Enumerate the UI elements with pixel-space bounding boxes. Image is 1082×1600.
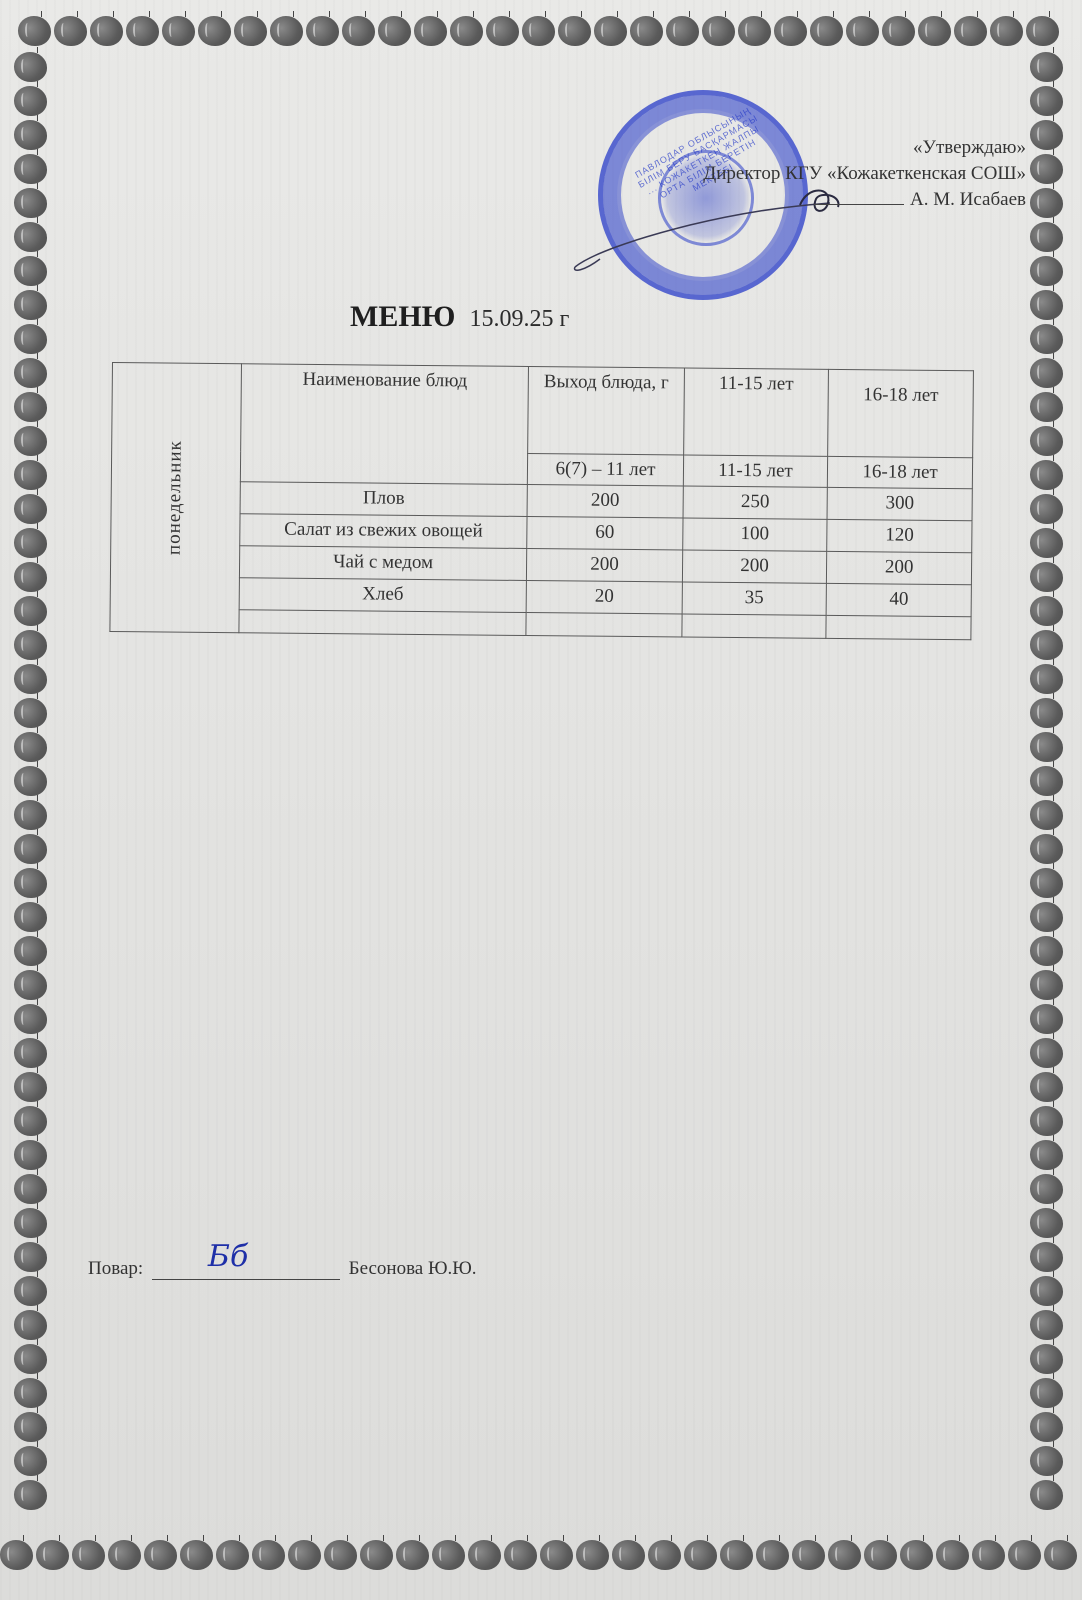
approval-position: Директор КГУ «Кожакеткенская СОШ» — [703, 161, 1026, 187]
apple-icon — [306, 16, 339, 46]
apple-icon — [1008, 1540, 1041, 1570]
apple-icon — [14, 800, 47, 830]
apple-icon — [1030, 834, 1063, 864]
apple-icon — [14, 1208, 47, 1238]
apple-icon — [1030, 1378, 1063, 1408]
title-main: МЕНЮ — [350, 300, 455, 333]
apple-icon — [14, 154, 47, 184]
dish-name: Хлеб — [239, 578, 527, 613]
apple-icon — [18, 16, 51, 46]
portion-16-18: 120 — [827, 519, 972, 552]
apple-icon — [396, 1540, 429, 1570]
apple-icon — [108, 1540, 141, 1570]
approval-heading: «Утверждаю» — [703, 135, 1026, 161]
paper-texture — [0, 0, 1082, 1600]
apple-icon — [270, 16, 303, 46]
title-date: 15.09.25 г — [469, 306, 569, 332]
portion-6-11: 20 — [526, 580, 682, 613]
apple-icon — [1044, 1540, 1077, 1570]
apple-icon — [180, 1540, 213, 1570]
apple-icon — [1030, 392, 1063, 422]
apple-icon — [1030, 562, 1063, 592]
apple-icon — [1030, 902, 1063, 932]
portion-16-18: 200 — [827, 551, 972, 584]
cook-name: Бесонова Ю.Ю. — [349, 1258, 477, 1279]
apple-icon — [14, 392, 47, 422]
day-cell: понедельник — [110, 363, 241, 633]
apple-icon — [14, 256, 47, 286]
apple-icon — [432, 1540, 465, 1570]
apple-icon — [378, 16, 411, 46]
apple-icon — [342, 16, 375, 46]
apple-icon — [14, 188, 47, 218]
apple-icon — [14, 222, 47, 252]
apple-icon — [324, 1540, 357, 1570]
header-age-11-15: 11-15 лет — [683, 368, 829, 456]
apple-icon — [126, 16, 159, 46]
apple-icon — [14, 86, 47, 116]
apple-icon — [14, 1344, 47, 1374]
apple-icon — [1026, 16, 1059, 46]
apple-icon — [14, 766, 47, 796]
apple-icon — [810, 16, 843, 46]
empty-cell — [526, 612, 682, 636]
apple-icon — [14, 630, 47, 660]
apple-icon — [14, 494, 47, 524]
apple-icon — [1030, 800, 1063, 830]
empty-cell — [826, 615, 971, 639]
apple-icon — [1030, 1242, 1063, 1272]
apple-icon — [1030, 1344, 1063, 1374]
apple-icon — [576, 1540, 609, 1570]
apple-icon — [1030, 1480, 1063, 1510]
portion-16-18: 40 — [826, 583, 971, 616]
apple-icon — [14, 902, 47, 932]
empty-cell — [682, 614, 827, 638]
apple-icon — [594, 16, 627, 46]
apple-icon — [1030, 528, 1063, 558]
cook-signature-block: Повар: Бб Бесонова Ю.Ю. — [88, 1258, 477, 1280]
apple-icon — [1030, 290, 1063, 320]
apple-icon — [14, 426, 47, 456]
apple-icon — [522, 16, 555, 46]
apple-icon — [14, 562, 47, 592]
portion-6-11: 200 — [527, 484, 683, 517]
apple-icon — [14, 1412, 47, 1442]
apple-icon — [14, 528, 47, 558]
portion-11-15: 250 — [683, 486, 828, 519]
apple-icon — [1030, 154, 1063, 184]
apple-icon — [1030, 936, 1063, 966]
apple-icon — [198, 16, 231, 46]
apple-icon — [72, 1540, 105, 1570]
apple-icon — [1030, 494, 1063, 524]
apple-icon — [216, 1540, 249, 1570]
apple-icon — [648, 1540, 681, 1570]
apple-icon — [1030, 460, 1063, 490]
apple-icon — [1030, 766, 1063, 796]
apple-icon — [846, 16, 879, 46]
signature-line — [814, 204, 904, 205]
apple-icon — [14, 1446, 47, 1476]
apple-icon — [1030, 1310, 1063, 1340]
apple-icon — [252, 1540, 285, 1570]
apple-icon — [1030, 1140, 1063, 1170]
cook-signature-line: Бб — [152, 1261, 340, 1280]
apple-border-top — [18, 16, 1059, 46]
apple-icon — [14, 936, 47, 966]
apple-icon — [1030, 222, 1063, 252]
apple-icon — [234, 16, 267, 46]
apple-icon — [702, 16, 735, 46]
apple-icon — [1030, 1004, 1063, 1034]
apple-icon — [954, 16, 987, 46]
apple-icon — [14, 1378, 47, 1408]
apple-icon — [1030, 1412, 1063, 1442]
apple-icon — [792, 1540, 825, 1570]
apple-icon — [360, 1540, 393, 1570]
apple-icon — [288, 1540, 321, 1570]
apple-icon — [14, 1276, 47, 1306]
apple-icon — [1030, 86, 1063, 116]
apple-icon — [14, 970, 47, 1000]
apple-icon — [1030, 664, 1063, 694]
apple-icon — [14, 868, 47, 898]
apple-icon — [1030, 1106, 1063, 1136]
apple-icon — [0, 1540, 33, 1570]
apple-icon — [1030, 120, 1063, 150]
apple-icon — [414, 16, 447, 46]
header-age-16-18: 16-18 лет — [828, 369, 974, 457]
apple-icon — [468, 1540, 501, 1570]
apple-icon — [738, 16, 771, 46]
page-title: МЕНЮ 15.09.25 г — [350, 300, 569, 334]
apple-icon — [1030, 188, 1063, 218]
apple-icon — [14, 1072, 47, 1102]
apple-icon — [756, 1540, 789, 1570]
apple-icon — [774, 16, 807, 46]
apple-icon — [1030, 868, 1063, 898]
apple-icon — [1030, 1208, 1063, 1238]
apple-border-left — [14, 52, 47, 1510]
apple-icon — [1030, 596, 1063, 626]
apple-icon — [1030, 1446, 1063, 1476]
apple-icon — [14, 1242, 47, 1272]
apple-icon — [14, 1004, 47, 1034]
apple-icon — [684, 1540, 717, 1570]
apple-icon — [1030, 698, 1063, 728]
apple-border-right — [1030, 52, 1063, 1510]
approval-signatory: А. М. Исабаев — [910, 189, 1026, 210]
day-label: понедельник — [164, 440, 187, 555]
apple-icon — [1030, 358, 1063, 388]
apple-icon — [14, 1480, 47, 1510]
apple-icon — [1030, 1174, 1063, 1204]
apple-icon — [1030, 324, 1063, 354]
header-dish-name: Наименование блюд — [240, 364, 529, 485]
portion-16-18: 300 — [827, 487, 972, 520]
dish-name: Салат из свежих овощей — [240, 514, 528, 549]
apple-icon — [936, 1540, 969, 1570]
apple-icon — [1030, 52, 1063, 82]
apple-icon — [36, 1540, 69, 1570]
apple-icon — [864, 1540, 897, 1570]
apple-icon — [1030, 1276, 1063, 1306]
apple-icon — [1030, 630, 1063, 660]
portion-11-15: 200 — [682, 550, 827, 583]
apple-icon — [612, 1540, 645, 1570]
cook-label: Повар: — [88, 1258, 143, 1279]
apple-icon — [14, 834, 47, 864]
apple-icon — [1030, 256, 1063, 286]
apple-icon — [14, 1174, 47, 1204]
portion-6-11: 200 — [527, 548, 683, 581]
portion-11-15: 35 — [682, 582, 827, 615]
apple-icon — [90, 16, 123, 46]
apple-icon — [14, 732, 47, 762]
apple-icon — [14, 664, 47, 694]
subheader-age-16-18: 16-18 лет — [828, 456, 973, 488]
empty-cell — [239, 610, 527, 636]
apple-icon — [14, 460, 47, 490]
apple-icon — [900, 1540, 933, 1570]
apple-icon — [54, 16, 87, 46]
apple-icon — [1030, 970, 1063, 1000]
apple-icon — [1030, 1072, 1063, 1102]
apple-icon — [450, 16, 483, 46]
apple-icon — [558, 16, 591, 46]
header-row: понедельник Наименование блюд Выход блюд… — [112, 363, 974, 458]
menu-table: понедельник Наименование блюд Выход блюд… — [109, 362, 974, 640]
apple-icon — [504, 1540, 537, 1570]
apple-icon — [720, 1540, 753, 1570]
apple-icon — [14, 1140, 47, 1170]
apple-icon — [630, 16, 663, 46]
cook-signature: Бб — [208, 1239, 248, 1274]
apple-border-bottom — [0, 1540, 1077, 1570]
portion-6-11: 60 — [527, 516, 683, 549]
dish-name: Чай с медом — [239, 546, 527, 581]
apple-icon — [14, 596, 47, 626]
apple-icon — [1030, 426, 1063, 456]
apple-icon — [990, 16, 1023, 46]
apple-icon — [14, 698, 47, 728]
apple-icon — [14, 358, 47, 388]
apple-icon — [14, 290, 47, 320]
apple-icon — [162, 16, 195, 46]
apple-icon — [14, 1038, 47, 1068]
apple-icon — [918, 16, 951, 46]
apple-icon — [14, 1106, 47, 1136]
apple-icon — [666, 16, 699, 46]
header-yield: Выход блюда, г — [528, 367, 684, 455]
apple-icon — [144, 1540, 177, 1570]
subheader-age-11-15: 11-15 лет — [683, 455, 828, 487]
apple-icon — [14, 120, 47, 150]
apple-icon — [882, 16, 915, 46]
apple-icon — [540, 1540, 573, 1570]
apple-icon — [486, 16, 519, 46]
apple-icon — [14, 324, 47, 354]
approval-block: «Утверждаю» Директор КГУ «Кожакеткенская… — [703, 135, 1026, 213]
subheader-age-6-11: 6(7) – 11 лет — [528, 453, 684, 485]
dish-name: Плов — [240, 482, 528, 517]
apple-icon — [1030, 1038, 1063, 1068]
apple-icon — [972, 1540, 1005, 1570]
apple-icon — [1030, 732, 1063, 762]
apple-icon — [14, 52, 47, 82]
apple-icon — [828, 1540, 861, 1570]
portion-11-15: 100 — [682, 518, 827, 551]
apple-icon — [14, 1310, 47, 1340]
